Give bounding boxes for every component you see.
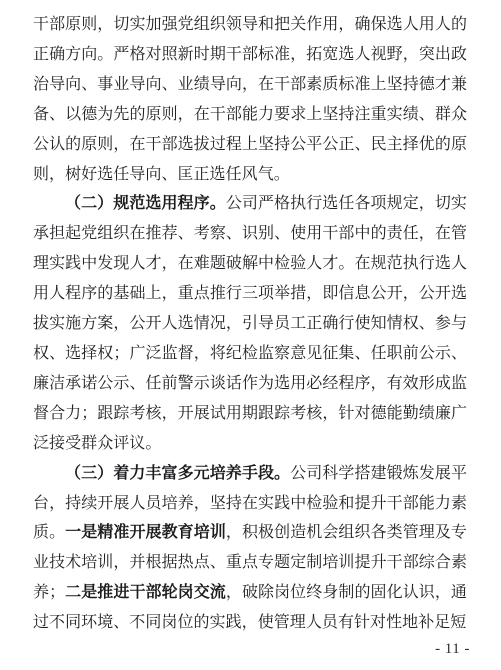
section-2-text: 公司严格执行选任各项规定，切实承担起党组织在推荐、考察、识别、使用干部中的责任，… [33,195,467,451]
document-page: 干部原则，切实加强党组织领导和把关作用，确保选人用人的正确方向。严格对照新时期干… [0,0,501,670]
paragraph-text: 干部原则，切实加强党组织领导和把关作用，确保选人用人的正确方向。严格对照新时期干… [33,16,467,183]
paragraph-section-3: （三）着力丰富多元培养手段。公司科学搭建锻炼发展平台，持续开展人员培养，坚持在实… [33,459,467,638]
paragraph-continuation: 干部原则，切实加强党组织领导和把关作用，确保选人用人的正确方向。严格对照新时期干… [33,10,467,189]
section-3-heading: （三）着力丰富多元培养手段。 [65,465,290,482]
section-2-heading: （二）规范选用程序。 [65,195,226,212]
section-3-bold-point-1: 一是精准开展教育培训 [65,524,226,541]
document-body: 干部原则，切实加强党组织领导和把关作用，确保选人用人的正确方向。严格对照新时期干… [33,10,467,638]
paragraph-section-2: （二）规范选用程序。公司严格执行选任各项规定，切实承担起党组织在推荐、考察、识别… [33,189,467,458]
page-number: - 11 - [435,641,470,657]
section-3-bold-point-2: 二是推进干部轮岗交流 [65,584,226,601]
